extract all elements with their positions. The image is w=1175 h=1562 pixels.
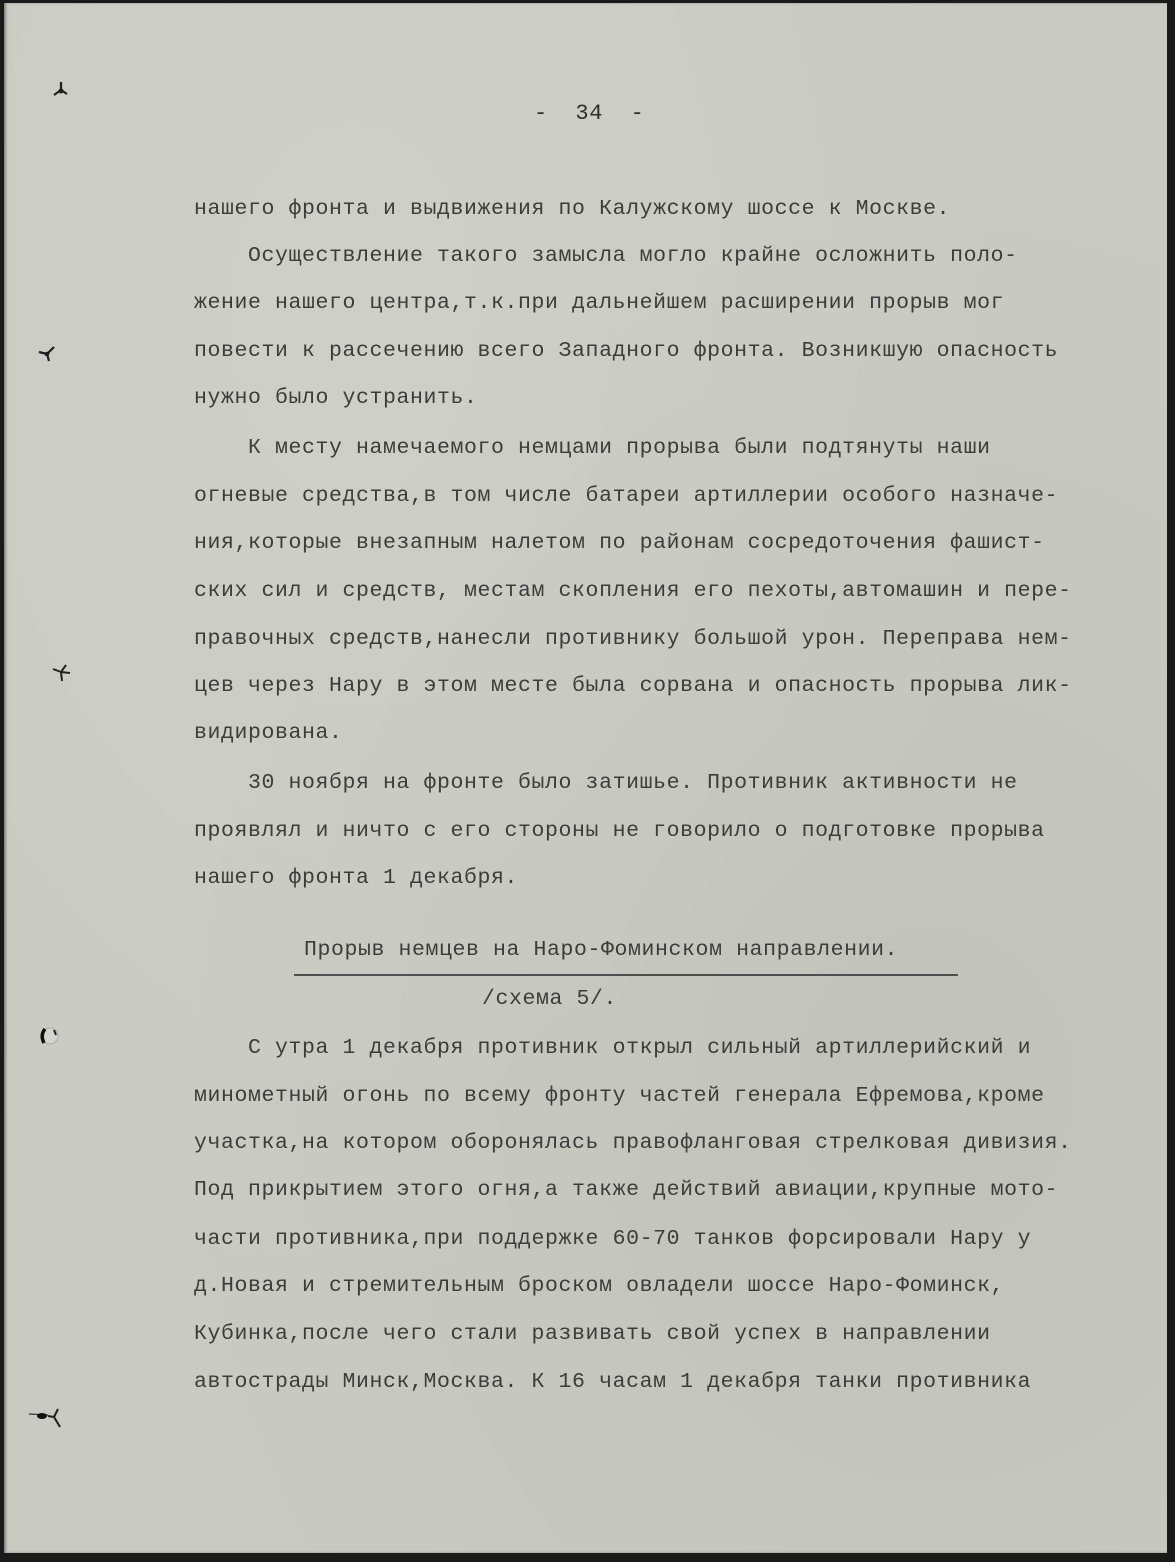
text-line: нужно было устранить. [194, 388, 478, 410]
text-line: жение нашего центра,т.к.при дальнейшем р… [194, 293, 1004, 315]
text-line: Осуществление такого замысла могло крайн… [194, 246, 1018, 268]
text-line: автострады Минск,Москва. К 16 часам 1 де… [194, 1372, 1031, 1394]
text-line: повести к рассечению всего Западного фро… [194, 341, 1058, 363]
text-line: С утра 1 декабря противник открыл сильны… [194, 1038, 1031, 1060]
text-line: части противника,при поддержке 60-70 тан… [194, 1229, 1031, 1251]
punch-hole-icon [38, 345, 52, 359]
text-line: 30 ноября на фронте было затишье. Против… [194, 773, 1018, 795]
text-line: Под прикрытием этого огня,а также действ… [194, 1180, 1058, 1202]
punch-hole-icon [36, 1023, 50, 1037]
text-line: цев через Нару в этом месте была сорвана… [194, 676, 1072, 698]
scheme-reference: /схема 5/. [482, 989, 617, 1011]
punch-hole-icon [28, 1405, 42, 1419]
text-line: огневые средства,в том числе батареи арт… [194, 486, 1058, 508]
text-line: д.Новая и стремительным броском овладели… [194, 1276, 1004, 1298]
text-line: минометный огонь по всему фронту частей … [194, 1086, 1045, 1108]
document-page: - 34 - нашего фронта и выдвижения по Кал… [4, 3, 1167, 1553]
text-line: правочных средств,нанесли противнику бол… [194, 629, 1072, 651]
punch-hole-icon [52, 663, 66, 677]
text-line: проявлял и ничто с его стороны не говори… [194, 821, 1045, 843]
punch-hole-icon [52, 81, 66, 95]
text-line: нашего фронта и выдвижения по Калужскому… [194, 199, 950, 221]
text-line: видирована. [194, 723, 343, 745]
text-line: нашего фронта 1 декабря. [194, 868, 518, 890]
heading-underline [294, 974, 958, 976]
page-number: - 34 - [534, 103, 644, 125]
text-line: ния,которые внезапным налетом по районам… [194, 533, 1045, 555]
text-line: К месту намечаемого немцами прорыва были… [194, 438, 991, 460]
text-line: ских сил и средств, местам скопления его… [194, 581, 1072, 603]
text-line: Кубинка,после чего стали развивать свой … [194, 1324, 991, 1346]
section-heading: Прорыв немцев на Наро-Фоминском направле… [304, 940, 898, 962]
text-line: участка,на котором оборонялась правофлан… [194, 1133, 1072, 1155]
